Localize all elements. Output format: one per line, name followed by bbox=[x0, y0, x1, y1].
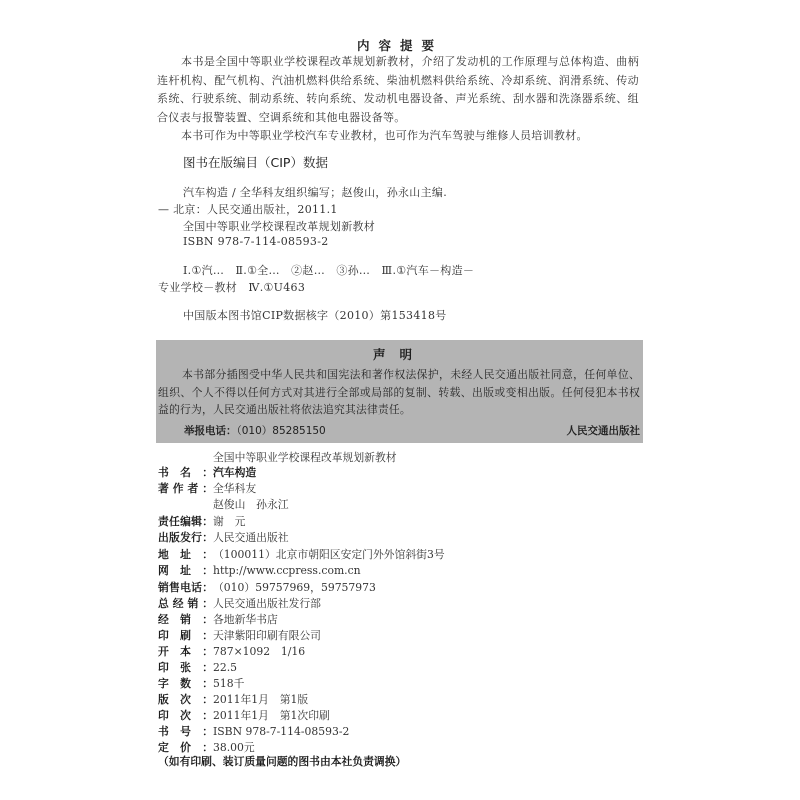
copyright-page: 内容提要 本书是全国中等职业学校课程改革规划新教材，介绍了发动机的工作原理与总体… bbox=[0, 0, 800, 800]
colophon-row-author: 著作者：全华科友 bbox=[158, 481, 256, 497]
colophon-value: 汽车构造 bbox=[213, 465, 256, 481]
colophon-row-address: 地址：（100011）北京市朝阳区安定门外外馆斜街3号 bbox=[158, 547, 445, 563]
report-phone-value: （010）85285150 bbox=[237, 425, 326, 437]
colophon-row-edition: 版次：2011年1月 第1版 bbox=[158, 692, 308, 708]
colophon-value: 赵俊山 孙永江 bbox=[213, 497, 289, 513]
colophon-value: 2011年1月 第1次印刷 bbox=[213, 708, 330, 724]
colophon-label: 著作者： bbox=[158, 481, 213, 497]
colophon-row-publisher: 出版发行：人民交通出版社 bbox=[158, 530, 289, 546]
colophon-label: 印次： bbox=[158, 708, 213, 724]
colophon-row-author-cont: 赵俊山 孙永江 bbox=[158, 497, 289, 513]
cip-approval-number: 中国版本图书馆CIP数据核字（2010）第153418号 bbox=[183, 307, 447, 323]
colophon-label: 网址： bbox=[158, 563, 213, 579]
colophon-value: 天津紫阳印刷有限公司 bbox=[213, 628, 321, 644]
colophon-label: 印张： bbox=[158, 660, 213, 676]
cip-classification: 专业学校－教材 Ⅳ.①U463 bbox=[158, 279, 305, 295]
colophon-footnote: （如有印刷、装订质量问题的图书由本社负责调换） bbox=[158, 754, 406, 769]
colophon-value: ISBN 978-7-114-08593-2 bbox=[213, 724, 349, 740]
notice-box: 声明 本书部分插图受中华人民共和国宪法和著作权法保护，未经人民交通出版社同意，任… bbox=[156, 340, 643, 443]
colophon-label: 总经销： bbox=[158, 596, 213, 612]
colophon-row-isbn: 书号：ISBN 978-7-114-08593-2 bbox=[158, 724, 349, 740]
colophon-value: 22.5 bbox=[213, 660, 237, 676]
colophon-row-title: 书名：汽车构造 bbox=[158, 465, 256, 481]
colophon-label: 责任编辑： bbox=[158, 514, 213, 530]
colophon-label: 开本： bbox=[158, 644, 213, 660]
colophon-row-editor: 责任编辑：谢 元 bbox=[158, 514, 245, 530]
cip-title: 图书在版编目（CIP）数据 bbox=[183, 153, 328, 171]
cip-line: 汽车构造 / 全华科友组织编写；赵俊山，孙永山主编. bbox=[183, 184, 447, 200]
colophon-value: 2011年1月 第1版 bbox=[213, 692, 308, 708]
colophon-label: 版次： bbox=[158, 692, 213, 708]
colophon-value: （010）59757969，59757973 bbox=[213, 580, 376, 596]
colophon-series: 全国中等职业学校课程改革规划新教材 bbox=[213, 450, 397, 465]
colophon-value: 人民交通出版社 bbox=[213, 530, 289, 546]
notice-body: 本书部分插图受中华人民共和国宪法和著作权法保护，未经人民交通出版社同意，任何单位… bbox=[158, 366, 640, 419]
cip-isbn: ISBN 978-7-114-08593-2 bbox=[183, 235, 329, 248]
colophon-label: 书号： bbox=[158, 724, 213, 740]
notice-publisher: 人民交通出版社 bbox=[567, 423, 641, 438]
colophon-label: 经销： bbox=[158, 612, 213, 628]
report-phone: 举报电话：（010）85285150 bbox=[184, 423, 326, 438]
colophon-value: 518千 bbox=[213, 676, 244, 692]
colophon-row-website: 网址：http://www.ccpress.com.cn bbox=[158, 563, 361, 579]
colophon-value: 787×1092 1/16 bbox=[213, 644, 305, 660]
colophon-row-printer: 印刷：天津紫阳印刷有限公司 bbox=[158, 628, 321, 644]
colophon-label: 书名： bbox=[158, 465, 213, 481]
website-link[interactable]: http://www.ccpress.com.cn bbox=[213, 563, 361, 579]
cip-line: 全国中等职业学校课程改革规划新教材 bbox=[183, 218, 375, 234]
colophon-label: 印刷： bbox=[158, 628, 213, 644]
colophon-label: 出版发行： bbox=[158, 530, 213, 546]
colophon-row-retailer: 经销：各地新华书店 bbox=[158, 612, 278, 628]
summary-title: 内容提要 bbox=[0, 36, 800, 54]
colophon-value: 全华科友 bbox=[213, 481, 256, 497]
cip-line: — 北京：人民交通出版社，2011.1 bbox=[158, 201, 338, 217]
colophon-row-sales-phone: 销售电话：（010）59757969，59757973 bbox=[158, 580, 376, 596]
colophon-value: 人民交通出版社发行部 bbox=[213, 596, 321, 612]
colophon-label: 销售电话： bbox=[158, 580, 213, 596]
colophon-value: 谢 元 bbox=[213, 514, 245, 530]
notice-title: 声明 bbox=[156, 345, 643, 363]
colophon-row-format: 开本：787×1092 1/16 bbox=[158, 644, 305, 660]
summary-paragraph: 本书可作为中等职业学校汽车专业教材，也可作为汽车驾驶与维修人员培训教材。 bbox=[157, 127, 639, 146]
colophon-row-sheets: 印张：22.5 bbox=[158, 660, 237, 676]
colophon-label: 字数： bbox=[158, 676, 213, 692]
colophon-value: 各地新华书店 bbox=[213, 612, 278, 628]
cip-classification: Ⅰ.①汽… Ⅱ.①全… ②赵… ③孙… Ⅲ.①汽车－构造－ bbox=[183, 262, 474, 278]
summary-paragraph: 本书是全国中等职业学校课程改革规划新教材，介绍了发动机的工作原理与总体构造、曲柄… bbox=[157, 53, 639, 127]
colophon-label: 地址： bbox=[158, 547, 213, 563]
colophon-row-distributor: 总经销：人民交通出版社发行部 bbox=[158, 596, 321, 612]
colophon-row-printing: 印次：2011年1月 第1次印刷 bbox=[158, 708, 330, 724]
colophon-value: （100011）北京市朝阳区安定门外外馆斜街3号 bbox=[213, 547, 445, 563]
report-phone-label: 举报电话： bbox=[184, 425, 237, 437]
colophon-row-word-count: 字数：518千 bbox=[158, 676, 244, 692]
